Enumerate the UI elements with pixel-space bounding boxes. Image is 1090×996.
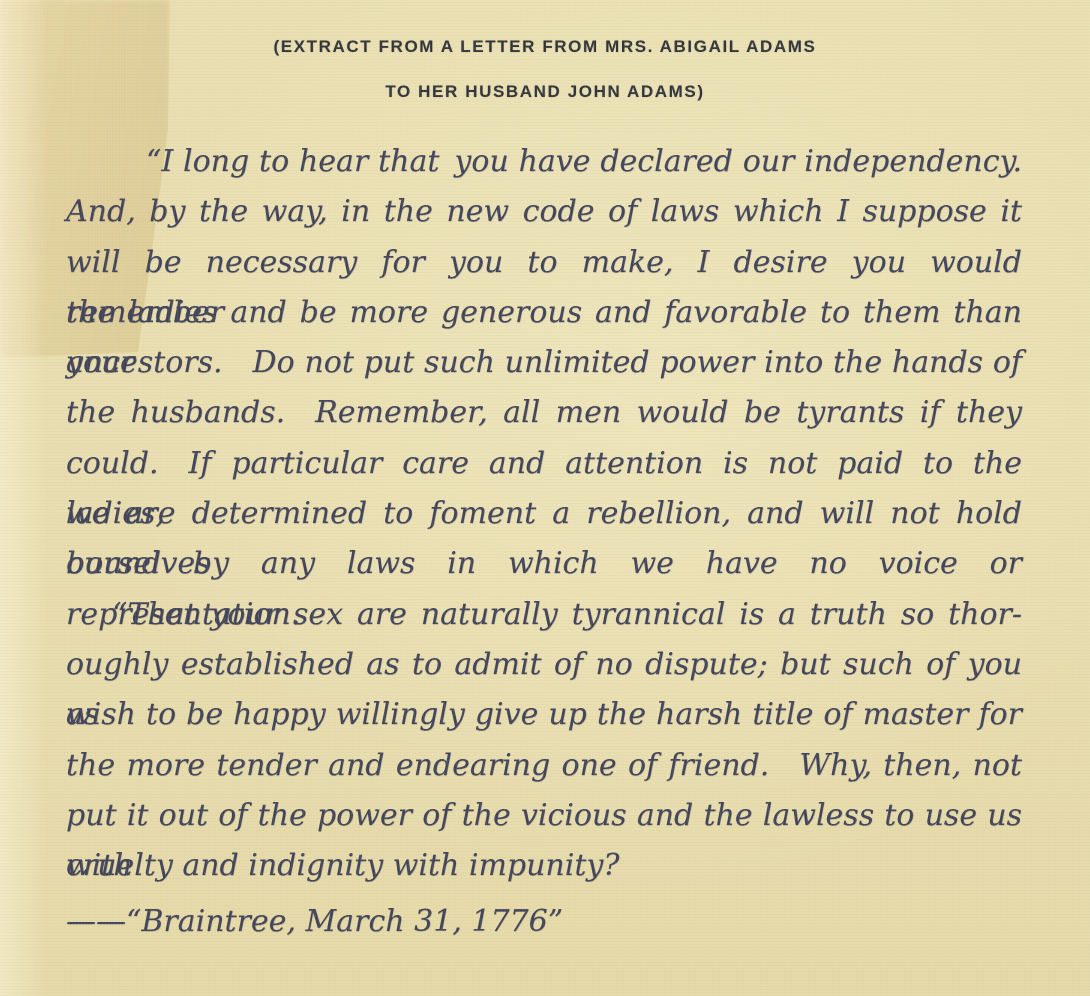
- script-line-11: oughly established as to admit of no dis…: [66, 640, 1022, 690]
- script-line-3: will be necessary for you to make, I des…: [66, 238, 1022, 288]
- letter-body-text: “I long to hear that you have declared o…: [66, 137, 1022, 948]
- script-line-8: we are determined to foment a rebellion,…: [66, 489, 1022, 539]
- script-line-16: ——“Braintree, March 31, 1776”: [66, 897, 1022, 947]
- script-line-6: the husbands. Remember, all men would be…: [66, 388, 1022, 438]
- script-line-15: cruelty and indignity with impunity?: [66, 841, 1022, 891]
- header-line-1: (EXTRACT FROM A LETTER FROM MRS. ABIGAIL…: [0, 24, 1090, 69]
- script-line-13: the more tender and endearing one of fri…: [66, 741, 1022, 791]
- header-line-2: TO HER HUSBAND JOHN ADAMS): [0, 69, 1090, 114]
- script-line-9: bound by any laws in which we have no vo…: [66, 539, 1022, 589]
- script-line-2: And, by the way, in the new code of laws…: [66, 187, 1022, 237]
- scanned-letter-page: (EXTRACT FROM A LETTER FROM MRS. ABIGAIL…: [0, 0, 1090, 996]
- script-line-1: “I long to hear that you have declared o…: [66, 137, 1022, 187]
- script-line-10: “That your sex are naturally tyrannical …: [66, 590, 1022, 640]
- script-line-5: ancestors. Do not put such unlimited pow…: [66, 338, 1022, 388]
- script-line-14: put it out of the power of the vicious a…: [66, 791, 1022, 841]
- script-line-7: could. If particular care and attention …: [66, 439, 1022, 489]
- script-line-4: the ladies and be more generous and favo…: [66, 288, 1022, 338]
- paper-edge-highlight: [0, 0, 46, 996]
- printed-header: (EXTRACT FROM A LETTER FROM MRS. ABIGAIL…: [0, 24, 1090, 114]
- script-line-12: wish to be happy willingly give up the h…: [66, 690, 1022, 740]
